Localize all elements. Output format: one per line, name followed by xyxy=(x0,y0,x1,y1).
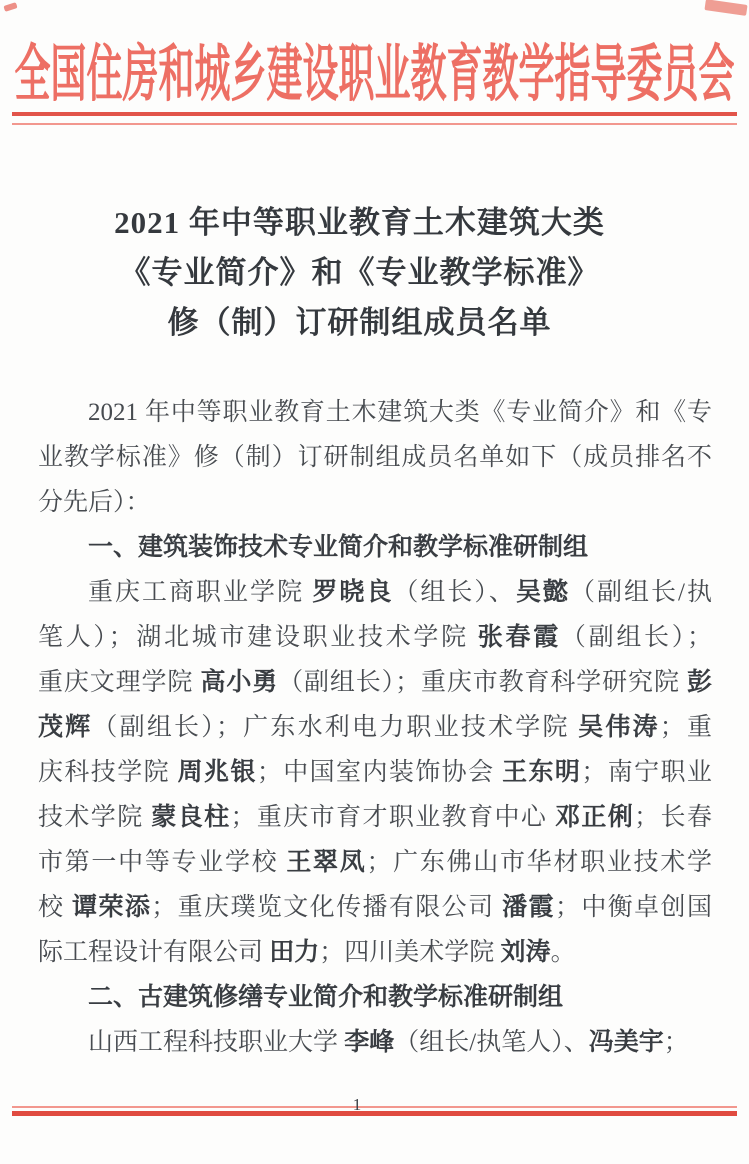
person-name: 邓正俐 xyxy=(555,804,634,831)
person-name: 彭 xyxy=(687,669,712,696)
text-run: 重庆工商职业学院 xyxy=(88,579,312,606)
scan-artifact-right xyxy=(704,0,747,16)
person-name: 蒙良柱 xyxy=(151,804,230,831)
text-run: 重庆文理学院 xyxy=(38,669,200,696)
person-name: 田力 xyxy=(269,939,319,966)
text-run: ；广东佛山市华材职业技术学 xyxy=(366,849,712,876)
text-run: 。 xyxy=(551,939,576,966)
text-run: 市第一中等专业学校 xyxy=(38,849,286,876)
text-run: （组长）、 xyxy=(393,579,516,606)
text-run: 业教学标准》修（制）订研制组成员名单如下（成员排名不 xyxy=(38,444,712,471)
text-run: 校 xyxy=(38,894,72,921)
body-line: 重庆文理学院 高小勇（副组长）；重庆市教育科学研究院 彭 xyxy=(38,660,712,705)
body-line: 山西工程科技职业大学 李峰（组长/执笔人）、冯美宇； xyxy=(38,1020,712,1065)
text-run: （副组长/执 xyxy=(570,579,712,606)
body-blocks: 2021 年中等职业教育土木建筑大类《专业简介》和《专业教学标准》修（制）订研制… xyxy=(38,390,712,1065)
person-name: 周兆银 xyxy=(178,759,257,786)
letterhead-rule-thin xyxy=(12,123,737,125)
text-run: 技术学院 xyxy=(38,804,151,831)
body-line: 笔人）；湖北城市建设职业技术学院 张春霞（副组长）； xyxy=(38,615,712,660)
text-run: ；长春 xyxy=(634,804,712,831)
document-title: 2021 年中等职业教育土木建筑大类 《专业简介》和《专业教学标准》 修（制）订… xyxy=(0,198,719,348)
text-run: ；南宁职业 xyxy=(581,759,712,786)
title-line-2: 《专业简介》和《专业教学标准》 xyxy=(0,248,719,298)
person-name: 罗晓良 xyxy=(312,579,393,606)
person-name: 李峰 xyxy=(344,1029,394,1056)
person-name: 高小勇 xyxy=(200,669,278,696)
organization-name: 全国住房和城乡建设职业教育教学指导委员会 xyxy=(0,26,749,114)
scan-artifact-left xyxy=(3,2,17,12)
text-run: ；重 xyxy=(660,714,712,741)
person-name: 冯美宇 xyxy=(589,1029,664,1056)
title-line-1: 2021 年中等职业教育土木建筑大类 xyxy=(0,198,719,248)
text-run: ； xyxy=(664,1029,689,1056)
text-run: （组长/执笔人）、 xyxy=(394,1029,588,1056)
text-run: 山西工程科技职业大学 xyxy=(88,1029,344,1056)
body-line: 重庆工商职业学院 罗晓良（组长）、吴懿（副组长/执 xyxy=(38,570,712,615)
document-page: 全国住房和城乡建设职业教育教学指导委员会 2021 年中等职业教育土木建筑大类 … xyxy=(0,0,749,1164)
body-line: 技术学院 蒙良柱；重庆市育才职业教育中心 邓正俐；长春 xyxy=(38,795,712,840)
person-name: 张春霞 xyxy=(478,624,561,651)
person-name: 王翠凤 xyxy=(286,849,366,876)
page-number: 1 xyxy=(0,1095,714,1115)
person-name: 王东明 xyxy=(502,759,581,786)
person-name: 二、古建筑修缮专业简介和教学标准研制组 xyxy=(88,984,563,1011)
text-run: ；重庆璞览文化传播有限公司 xyxy=(151,894,502,921)
body-line: 分先后）： xyxy=(38,480,712,525)
person-name: 吴懿 xyxy=(516,579,570,606)
text-run: （副组长）；广东水利电力职业技术学院 xyxy=(92,714,578,741)
body-line: 际工程设计有限公司 田力；四川美术学院 刘涛。 xyxy=(38,930,712,975)
text-run: ；中国室内装饰协会 xyxy=(257,759,502,786)
text-run: 庆科技学院 xyxy=(38,759,178,786)
text-run: ；四川美术学院 xyxy=(319,939,500,966)
person-name: 吴伟涛 xyxy=(578,714,660,741)
text-run: ；重庆市育才职业教育中心 xyxy=(230,804,554,831)
text-run: 际工程设计有限公司 xyxy=(38,939,269,966)
text-run: （副组长）；重庆市教育科学研究院 xyxy=(278,669,687,696)
section-heading: 二、古建筑修缮专业简介和教学标准研制组 xyxy=(38,975,712,1020)
person-name: 茂辉 xyxy=(38,714,92,741)
section-heading: 一、建筑装饰技术专业简介和教学标准研制组 xyxy=(38,525,712,570)
body-line: 茂辉（副组长）；广东水利电力职业技术学院 吴伟涛；重 xyxy=(38,705,712,750)
body-line: 庆科技学院 周兆银；中国室内装饰协会 王东明；南宁职业 xyxy=(38,750,712,795)
body-line: 校 谭荣添；重庆璞览文化传播有限公司 潘霞；中衡卓创国 xyxy=(38,885,712,930)
person-name: 谭荣添 xyxy=(72,894,151,921)
body-line: 市第一中等专业学校 王翠凤；广东佛山市华材职业技术学 xyxy=(38,840,712,885)
text-run: 分先后）： xyxy=(38,489,151,516)
text-run: 笔人）；湖北城市建设职业技术学院 xyxy=(38,624,478,651)
text-run: 2021 年中等职业教育土木建筑大类《专业简介》和《专 xyxy=(88,399,712,426)
text-run: ；中衡卓创国 xyxy=(555,894,712,921)
body-line: 2021 年中等职业教育土木建筑大类《专业简介》和《专 xyxy=(38,390,712,435)
person-name: 刘涛 xyxy=(501,939,551,966)
letterhead-rule-thick xyxy=(12,112,737,116)
title-line-3: 修（制）订研制组成员名单 xyxy=(0,298,719,348)
person-name: 潘霞 xyxy=(502,894,555,921)
body-line: 业教学标准》修（制）订研制组成员名单如下（成员排名不 xyxy=(38,435,712,480)
person-name: 一、建筑装饰技术专业简介和教学标准研制组 xyxy=(88,534,588,561)
text-run: （副组长）； xyxy=(561,624,712,651)
